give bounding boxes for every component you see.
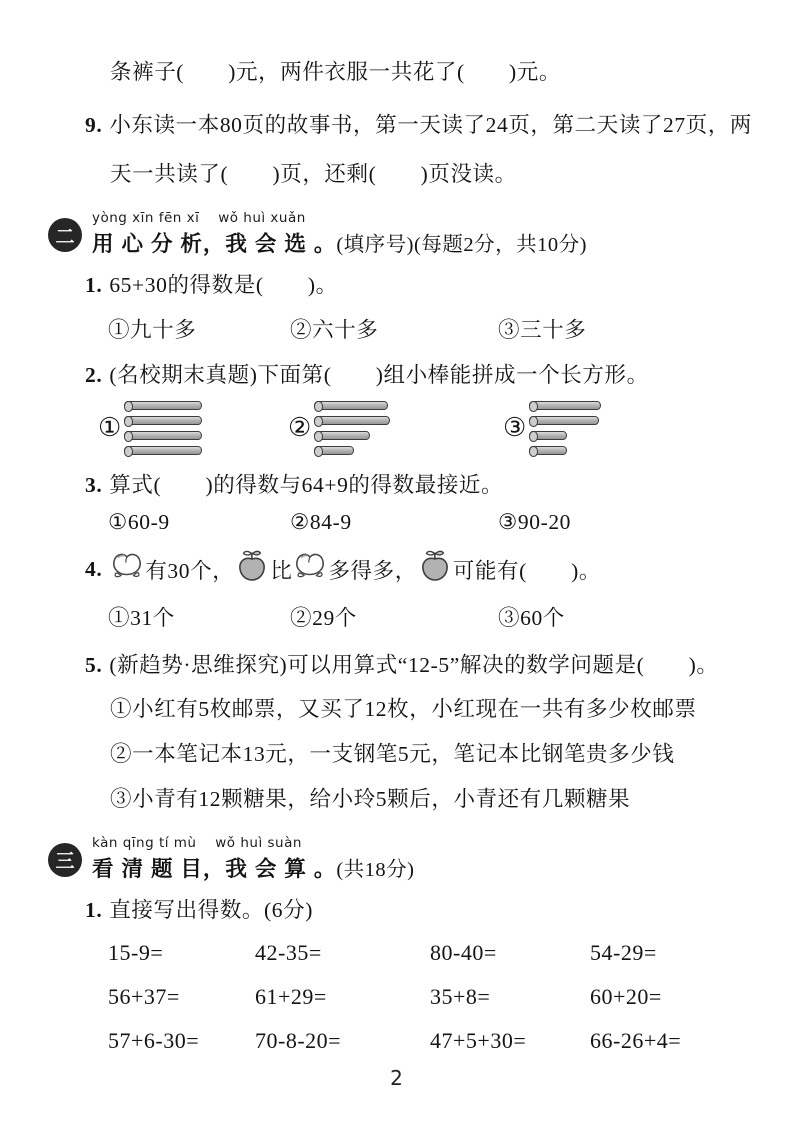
s2-q4-number: 4. bbox=[85, 557, 102, 582]
section-2-pinyin: yòng xīn fēn xī wǒ huì xuǎn bbox=[92, 206, 587, 226]
stick-group-2: ② bbox=[288, 398, 503, 458]
choice-text: ③小青有12颗糖果，给小玲5颗后，小青还有几颗糖果 bbox=[110, 785, 630, 813]
s2-question-3: 3. 算式( )的得数与64+9的得数最接近。 bbox=[85, 471, 762, 499]
section-2-badge: 二 bbox=[48, 218, 82, 252]
section-3-badge: 三 bbox=[48, 843, 82, 877]
s2-q5-choice-3: ③小青有12颗糖果，给小玲5颗后，小青还有几颗糖果 bbox=[110, 785, 762, 813]
option: ③60个 bbox=[498, 601, 565, 632]
s2-q4-options: ①31个②29个③60个 bbox=[108, 601, 762, 632]
stick bbox=[314, 416, 390, 425]
calc-cell: 47+5+30= bbox=[430, 1028, 590, 1054]
calc-cell: 66-26+4= bbox=[590, 1028, 762, 1054]
stick-group-1-label: ① bbox=[98, 415, 121, 441]
s3-question-1: 1. 直接写出得数。(6分) bbox=[85, 896, 762, 924]
question-9-text-line2: 天一共读了( )页，还剩( )页没读。 bbox=[110, 160, 517, 188]
stick-group-1-sticks bbox=[124, 398, 202, 458]
peach-icon bbox=[110, 551, 144, 587]
stick bbox=[529, 446, 567, 455]
stick bbox=[124, 446, 202, 455]
s2-q5-text: (新趋势·思维探究)可以用算式“12-5”解决的数学问题是( )。 bbox=[109, 651, 718, 679]
stick bbox=[124, 431, 202, 440]
question-9-number: 9. bbox=[85, 111, 102, 139]
s2-q3-number: 3. bbox=[85, 471, 102, 499]
option: ③90-20 bbox=[498, 510, 571, 535]
stick bbox=[124, 416, 202, 425]
section-2-score: (填序号)(每题2分，共10分) bbox=[336, 234, 587, 256]
s2-q5-choice-1: ①小红有5枚邮票，又买了12枚，小红现在一共有多少枚邮票 bbox=[110, 695, 762, 723]
calc-cell: 56+37= bbox=[108, 984, 255, 1010]
section-3-score: (共18分) bbox=[336, 859, 414, 881]
stick-group-1: ① bbox=[98, 398, 288, 458]
s2-q4-seg2: 比 bbox=[270, 554, 292, 585]
stick bbox=[529, 401, 601, 410]
option: ①60-9 bbox=[108, 510, 290, 535]
question-9-text-line1: 小东读一本80页的故事书，第一天读了24页，第二天读了27页，两 bbox=[109, 111, 752, 139]
s2-question-4: 4. 有30个， 比 bbox=[85, 550, 762, 588]
calc-cell: 15-9= bbox=[108, 940, 255, 966]
s2-question-5: 5. (新趋势·思维探究)可以用算式“12-5”解决的数学问题是( )。 bbox=[85, 651, 762, 679]
stick bbox=[314, 431, 370, 440]
s2-q5-number: 5. bbox=[85, 651, 102, 679]
section-2-title: 用 心 分 析，我 会 选 。 bbox=[92, 232, 336, 256]
fill-blank-text: 条裤子( )元，两件衣服一共花了( )元。 bbox=[110, 58, 561, 86]
calc-cell: 42-35= bbox=[255, 940, 430, 966]
section-3-pinyin: kàn qīng tí mù wǒ huì suàn bbox=[92, 831, 415, 851]
s2-q1-text: 65+30的得数是( )。 bbox=[109, 271, 337, 299]
s2-question-5-block: 5. (新趋势·思维探究)可以用算式“12-5”解决的数学问题是( )。 ①小红… bbox=[48, 651, 762, 814]
s2-q1-number: 1. bbox=[85, 271, 102, 299]
calc-cell: 60+20= bbox=[590, 984, 762, 1010]
calc-cell: 80-40= bbox=[430, 940, 590, 966]
choice-text: ①小红有5枚邮票，又买了12枚，小红现在一共有多少枚邮票 bbox=[110, 695, 697, 723]
option: ②六十多 bbox=[290, 313, 498, 344]
option: ③三十多 bbox=[498, 313, 586, 344]
stick bbox=[314, 446, 354, 455]
choice-text: ②一本笔记本13元，一支钢笔5元，笔记本比钢笔贵多少钱 bbox=[110, 740, 674, 768]
stick-groups: ① ② ③ bbox=[98, 398, 762, 458]
s2-q1-options: ①九十多②六十多③三十多 bbox=[108, 313, 762, 344]
s2-q5-choice-2: ②一本笔记本13元，一支钢笔5元，笔记本比钢笔贵多少钱 bbox=[110, 740, 762, 768]
stick-group-2-sticks bbox=[314, 398, 390, 458]
calc-cell: 61+29= bbox=[255, 984, 430, 1010]
stick bbox=[124, 401, 202, 410]
peach-icon bbox=[293, 551, 327, 587]
worksheet-content: 条裤子( )元，两件衣服一共花了( )元。 9. 小东读一本80页的故事书，第一… bbox=[48, 58, 762, 1054]
section-2-heading: yòng xīn fēn xī wǒ huì xuǎn 用 心 分 析，我 会 … bbox=[92, 206, 587, 258]
stick bbox=[529, 431, 567, 440]
stick-group-3-label: ③ bbox=[503, 415, 526, 441]
calculation-grid: 15-9= 42-35= 80-40= 54-29= 56+37= 61+29=… bbox=[108, 940, 762, 1054]
stick-group-3: ③ bbox=[503, 398, 601, 458]
s2-q4-seg1: 有30个， bbox=[145, 554, 234, 585]
calc-cell: 57+6-30= bbox=[108, 1028, 255, 1054]
section-3-title: 看 清 题 目，我 会 算 。 bbox=[92, 857, 336, 881]
calc-cell: 35+8= bbox=[430, 984, 590, 1010]
fill-blank-line: 条裤子( )元，两件衣服一共花了( )元。 bbox=[110, 58, 762, 86]
stick bbox=[529, 416, 599, 425]
s3-q1-number: 1. bbox=[85, 896, 102, 924]
s2-q2-number: 2. bbox=[85, 361, 102, 389]
question-9: 9. 小东读一本80页的故事书，第一天读了24页，第二天读了27页，两 bbox=[85, 111, 762, 139]
s2-q3-text: 算式( )的得数与64+9的得数最接近。 bbox=[109, 471, 503, 499]
calc-cell: 54-29= bbox=[590, 940, 762, 966]
s2-question-1: 1. 65+30的得数是( )。 bbox=[85, 271, 762, 299]
stick-group-3-sticks bbox=[529, 398, 601, 458]
s2-q5-choices: ①小红有5枚邮票，又买了12枚，小红现在一共有多少枚邮票 ②一本笔记本13元，一… bbox=[48, 695, 762, 814]
question-9-continued: 天一共读了( )页，还剩( )页没读。 bbox=[110, 160, 762, 188]
option: ①31个 bbox=[108, 601, 290, 632]
option: ②29个 bbox=[290, 601, 498, 632]
s2-q3-options: ①60-9②84-9③90-20 bbox=[108, 510, 762, 535]
page-number: 2 bbox=[0, 1066, 793, 1090]
apple-icon bbox=[235, 550, 269, 588]
s2-question-2: 2. (名校期末真题)下面第( )组小棒能拼成一个长方形。 bbox=[85, 361, 762, 389]
apple-icon bbox=[418, 550, 452, 588]
stick-group-2-label: ② bbox=[288, 415, 311, 441]
worksheet-page: 条裤子( )元，两件衣服一共花了( )元。 9. 小东读一本80页的故事书，第一… bbox=[0, 0, 793, 1122]
stick bbox=[314, 401, 388, 410]
option: ①九十多 bbox=[108, 313, 290, 344]
section-3-heading: kàn qīng tí mù wǒ huì suàn 看 清 题 目，我 会 算… bbox=[92, 831, 415, 883]
s2-q4-seg3: 多得多， bbox=[328, 554, 416, 585]
s2-q4-seg4: 可能有( )。 bbox=[453, 554, 601, 585]
calc-cell: 70-8-20= bbox=[255, 1028, 430, 1054]
option: ②84-9 bbox=[290, 510, 498, 535]
s2-q2-text: (名校期末真题)下面第( )组小棒能拼成一个长方形。 bbox=[109, 361, 648, 389]
section-3-header: 三 kàn qīng tí mù wǒ huì suàn 看 清 题 目，我 会… bbox=[48, 831, 762, 883]
s3-q1-text: 直接写出得数。(6分) bbox=[109, 896, 313, 924]
section-2-header: 二 yòng xīn fēn xī wǒ huì xuǎn 用 心 分 析，我 … bbox=[48, 206, 762, 258]
